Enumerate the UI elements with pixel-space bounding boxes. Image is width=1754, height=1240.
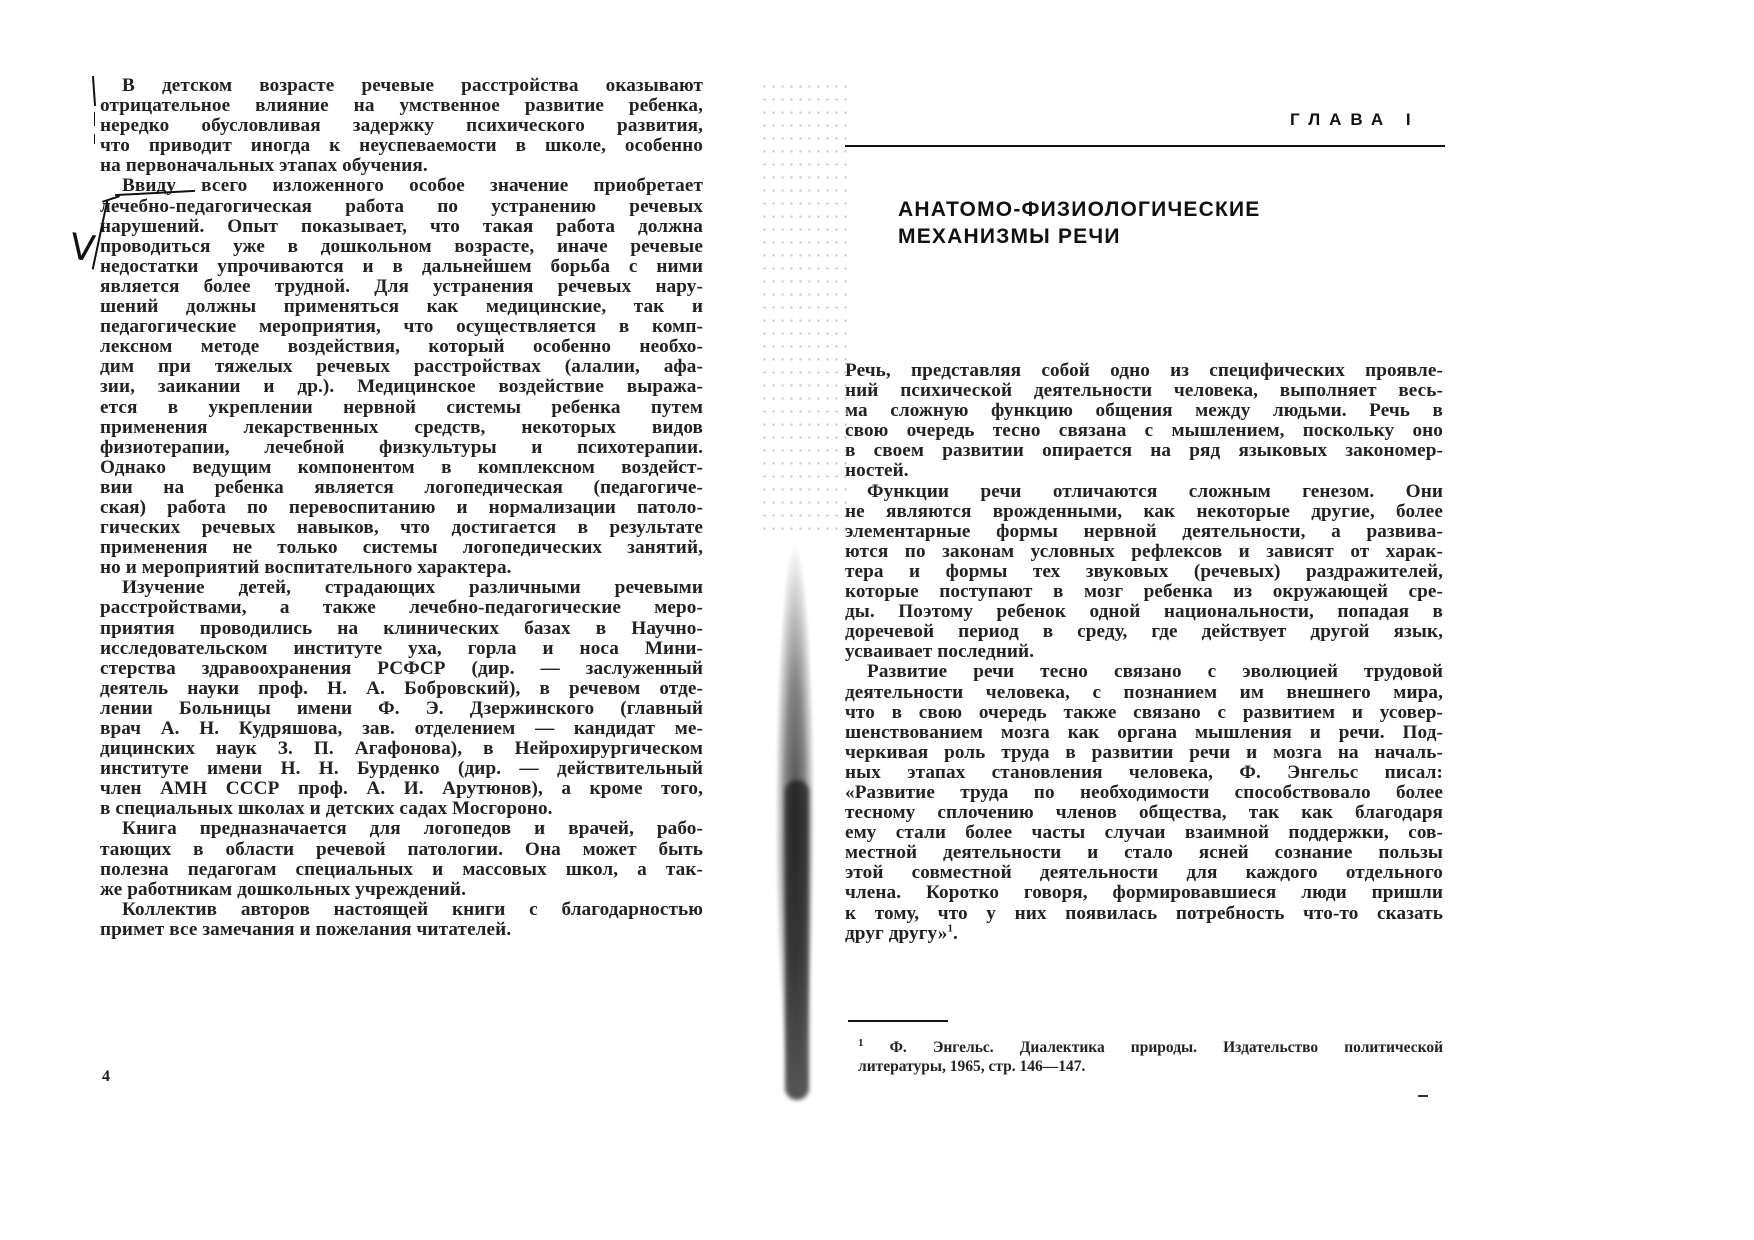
text-line: является более трудной. Для устранения р… [100, 277, 703, 297]
text-line: местной деятельности и стало ясней созна… [845, 843, 1443, 863]
scan-mark [1418, 1095, 1428, 1097]
footnote-text: Ф. Энгельс. Диалектика природы. Издатель… [890, 1039, 1443, 1056]
text-line: к тому, что у них появилась потребность … [845, 904, 1443, 924]
text-line: тающих в области речевой патологии. Она … [100, 840, 703, 860]
text-line: усваивает последний. [845, 642, 1443, 662]
text-line: деятель науки проф. Н. А. Бобровский), в… [100, 679, 703, 699]
text-line: лечебно-педагогическая работа по устране… [100, 197, 703, 217]
text-line: лексном методе воздействия, который особ… [100, 337, 703, 357]
text-line: в своем развитии опирается на ряд языков… [845, 441, 1443, 461]
text-line: шений должны применяться как медицинские… [100, 297, 703, 317]
text-line: шенствованием мозга как органа мышления … [845, 723, 1443, 743]
text-line: доречевой период в среду, где действует … [845, 622, 1443, 642]
text-line: ется в укреплении нервной системы ребенк… [100, 398, 703, 418]
text-line: врач А. Н. Кудряшова, зав. отделением — … [100, 719, 703, 739]
text-line: друг другу»1. [845, 924, 1443, 944]
text-line: ются по законам условных рефлексов и зав… [845, 542, 1443, 562]
text-line: тесному сплочению членов общества, так к… [845, 803, 1443, 823]
text-line: на первоначальных этапах обучения. [100, 156, 703, 176]
text-line: Изучение детей, страдающих различными ре… [100, 578, 703, 598]
text-line: Развитие речи тесно связано с эволюцией … [845, 662, 1443, 682]
margin-bracket-mark [92, 76, 96, 106]
text-line: Ввиду всего изложенного особое значение … [100, 176, 703, 196]
margin-dash-mark [94, 134, 95, 144]
chapter-title: АНАТОМО-ФИЗИОЛОГИЧЕСКИЕ МЕХАНИЗМЫ РЕЧИ [898, 196, 1261, 250]
text-line: ская) работа по перевоспитанию и нормали… [100, 498, 703, 518]
chapter-title-line: МЕХАНИЗМЫ РЕЧИ [898, 223, 1261, 250]
text-line: лении Больницы имени Ф. Э. Дзержинского … [100, 699, 703, 719]
text-line: ма сложную функцию общения между людьми.… [845, 401, 1443, 421]
text-line: ных этапах становления человека, Ф. Энге… [845, 763, 1443, 783]
text-line: применения не только системы логопедичес… [100, 538, 703, 558]
text-line: применения лекарственных средств, некото… [100, 418, 703, 438]
text-line: примет все замечания и пожелания читател… [100, 920, 703, 940]
text-line: педагогические мероприятия, что осуществ… [100, 317, 703, 337]
text-line: вии на ребенка является логопедическая (… [100, 478, 703, 498]
text-line: дицинских наук З. П. Агафонова), в Нейро… [100, 739, 703, 759]
right-page: Речь, представляя собой одно из специфич… [845, 361, 1443, 944]
chapter-rule [845, 145, 1445, 147]
text-line: дим при тяжелых речевых расстройствах (а… [100, 357, 703, 377]
text-line: свою очередь тесно связана с мышлением, … [845, 421, 1443, 441]
text-line: что приводит иногда к неуспеваемости в ш… [100, 136, 703, 156]
text-line: не являются врожденными, как некоторые д… [845, 502, 1443, 522]
text-line: что в свою очередь также связано с разви… [845, 703, 1443, 723]
footnote-rule [848, 1020, 948, 1022]
text-line: зии, заикании и др.). Медицинское воздей… [100, 377, 703, 397]
text-line: В детском возрасте речевые расстройства … [100, 76, 703, 96]
text-line: нередко обусловливая задержку психическо… [100, 116, 703, 136]
text-line: этой совместной деятельности для каждого… [845, 863, 1443, 883]
chapter-title-line: АНАТОМО-ФИЗИОЛОГИЧЕСКИЕ [898, 196, 1261, 223]
footnote-marker: 1 [858, 1037, 864, 1049]
text-line: «Развитие труда по необходимости способс… [845, 783, 1443, 803]
text-line: расстройствами, а также лечебно-педагоги… [100, 598, 703, 618]
quote-end: друг другу» [845, 923, 947, 944]
text-line: проводиться уже в дошкольном возрасте, и… [100, 237, 703, 257]
text-line: в специальных школах и детских садах Мос… [100, 799, 703, 819]
text-line: тера и формы тех звуковых (речевых) разд… [845, 562, 1443, 582]
text-line: Функции речи отличаются сложным генезом.… [845, 482, 1443, 502]
text-line: которые поступают в мозг ребенка из окру… [845, 582, 1443, 602]
scan-noise [760, 80, 850, 540]
text-line: член АМН СССР проф. А. И. Арутюнов), а к… [100, 779, 703, 799]
text-line: отрицательное влияние на умственное разв… [100, 96, 703, 116]
footnote-reference: 1 [947, 922, 953, 934]
text-line: недостатки упрочиваются и в дальнейшем б… [100, 257, 703, 277]
footnote-line: литературы, 1965, стр. 146—147. [858, 1057, 1443, 1076]
text-line: Книга предназначается для логопедов и вр… [100, 819, 703, 839]
chapter-label: ГЛАВА I [1290, 110, 1420, 130]
text-line: деятельности человека, с познанием им вн… [845, 683, 1443, 703]
text-line: Речь, представляя собой одно из специфич… [845, 361, 1443, 381]
text-line: физиотерапии, лечебной физкультуры и пси… [100, 438, 703, 458]
text-line: гических речевых навыков, что достигаетс… [100, 518, 703, 538]
text-line: ды. Поэтому ребенок одной национальности… [845, 602, 1443, 622]
text-line: нарушений. Опыт показывает, что такая ра… [100, 217, 703, 237]
text-line: полезна педагогам специальных и массовых… [100, 860, 703, 880]
text-line: ностей. [845, 461, 1443, 481]
footnote-line: 1 Ф. Энгельс. Диалектика природы. Издате… [858, 1038, 1443, 1057]
checkmark-icon: V [67, 226, 97, 270]
text-line: Коллектив авторов настоящей книги с благ… [100, 900, 703, 920]
scan-gutter-shadow [785, 780, 809, 1100]
text-line: члена. Коротко говоря, формировавшиеся л… [845, 883, 1443, 903]
footnote: 1 Ф. Энгельс. Диалектика природы. Издате… [858, 1038, 1443, 1076]
text-line: Однако ведущим компонентом в комплексном… [100, 458, 703, 478]
text-line: приятия проводились на клинических базах… [100, 619, 703, 639]
text-line: элементарные формы нервной деятельности,… [845, 522, 1443, 542]
text-line: же работникам дошкольных учреждений. [100, 880, 703, 900]
text-line: черкивая роль труда в развитии речи и мо… [845, 743, 1443, 763]
text-line: стерства здравоохранения РСФСР (дир. — з… [100, 659, 703, 679]
margin-dash-mark [94, 112, 95, 126]
page-number: 4 [102, 1068, 110, 1086]
text-line: институте имени Н. Н. Бурденко (дир. — д… [100, 759, 703, 779]
left-page: В детском возрасте речевые расстройства … [100, 76, 703, 940]
text-line: исследовательском институте уха, горла и… [100, 639, 703, 659]
text-line: но и мероприятий воспитательного характе… [100, 558, 703, 578]
text-line: ему стали более часты случаи взаимной по… [845, 823, 1443, 843]
text-line: ний психической деятельности человека, в… [845, 381, 1443, 401]
